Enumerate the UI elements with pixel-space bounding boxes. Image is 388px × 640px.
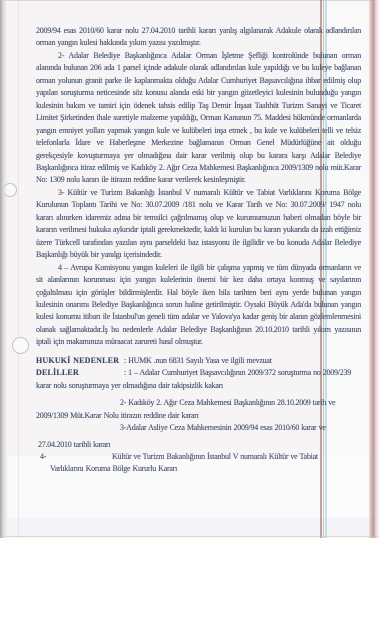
- legal-grounds-value: : HUMK .nun 6831 Sayılı Yasa ve ilgili m…: [124, 355, 361, 367]
- evidence-item-4-continuation: Varlıklarını Koruma Bölge Kururlu Kararı: [36, 463, 361, 475]
- body-paragraph-2: 2- Adalar Belediye Başkanlığınca Adalar …: [36, 50, 361, 187]
- body-paragraph-3: 3- Kültür ve Turizm Bakanlığı İstanbul V…: [36, 187, 361, 262]
- scan-crease-line: [18, 0, 19, 538]
- scan-left-edge-shadow: [0, 0, 7, 538]
- document-text-block: 2009/94 esas 2010/60 karar nolu 27.04.20…: [36, 25, 361, 476]
- page-canvas: 2009/94 esas 2010/60 karar nolu 27.04.20…: [0, 0, 388, 640]
- evidence-item-2: 2- Kadıköy 2. Ağır Ceza Mahkemesi Başkan…: [36, 397, 361, 409]
- scan-bottom-edge: [2, 536, 378, 537]
- scanned-sheet: 2009/94 esas 2010/60 karar nolu 27.04.20…: [2, 0, 378, 538]
- evidence-item-3: 3-Adalar Asliye Ceza Mahkemesinin 2009/9…: [36, 422, 361, 434]
- legal-grounds-row: HUKUKİ NEDENLER : HUMK .nun 6831 Sayılı …: [36, 355, 361, 367]
- evidence-item-4: Kültür ve Turizm Bakanlığının İstanbul V…: [112, 451, 318, 463]
- evidence-item-2-continuation: 2009/1309 Müt.Karar Nolu itirazın reddin…: [36, 410, 361, 422]
- body-paragraph-continuation: 2009/94 esas 2010/60 karar nolu 27.04.20…: [36, 25, 361, 50]
- evidence-item-1-value: : 1 – Adalar Cumhuriyet Başsavcılığının …: [124, 367, 361, 379]
- evidence-item-4-row: 4- Kültür ve Turizm Bakanlığının İstanbu…: [36, 451, 361, 463]
- scan-right-edge-band: [369, 0, 380, 538]
- punch-hole-bottom: [12, 337, 29, 354]
- body-paragraph-4: 4 – Avrupa Komisyonu yangın kuleleri ile…: [36, 262, 361, 349]
- evidence-item-3-continuation: 27.04.2010 tarihli kararı: [36, 439, 361, 451]
- evidence-label: DELİLLER: [36, 367, 124, 379]
- evidence-row: DELİLLER : 1 – Adalar Cumhuriyet Başsavc…: [36, 367, 361, 379]
- evidence-item-1-continuation: karar nolu soruşturmaya yer olmadığına d…: [36, 380, 361, 392]
- evidence-item-4-number: 4-: [36, 451, 112, 463]
- legal-grounds-label: HUKUKİ NEDENLER: [36, 355, 124, 367]
